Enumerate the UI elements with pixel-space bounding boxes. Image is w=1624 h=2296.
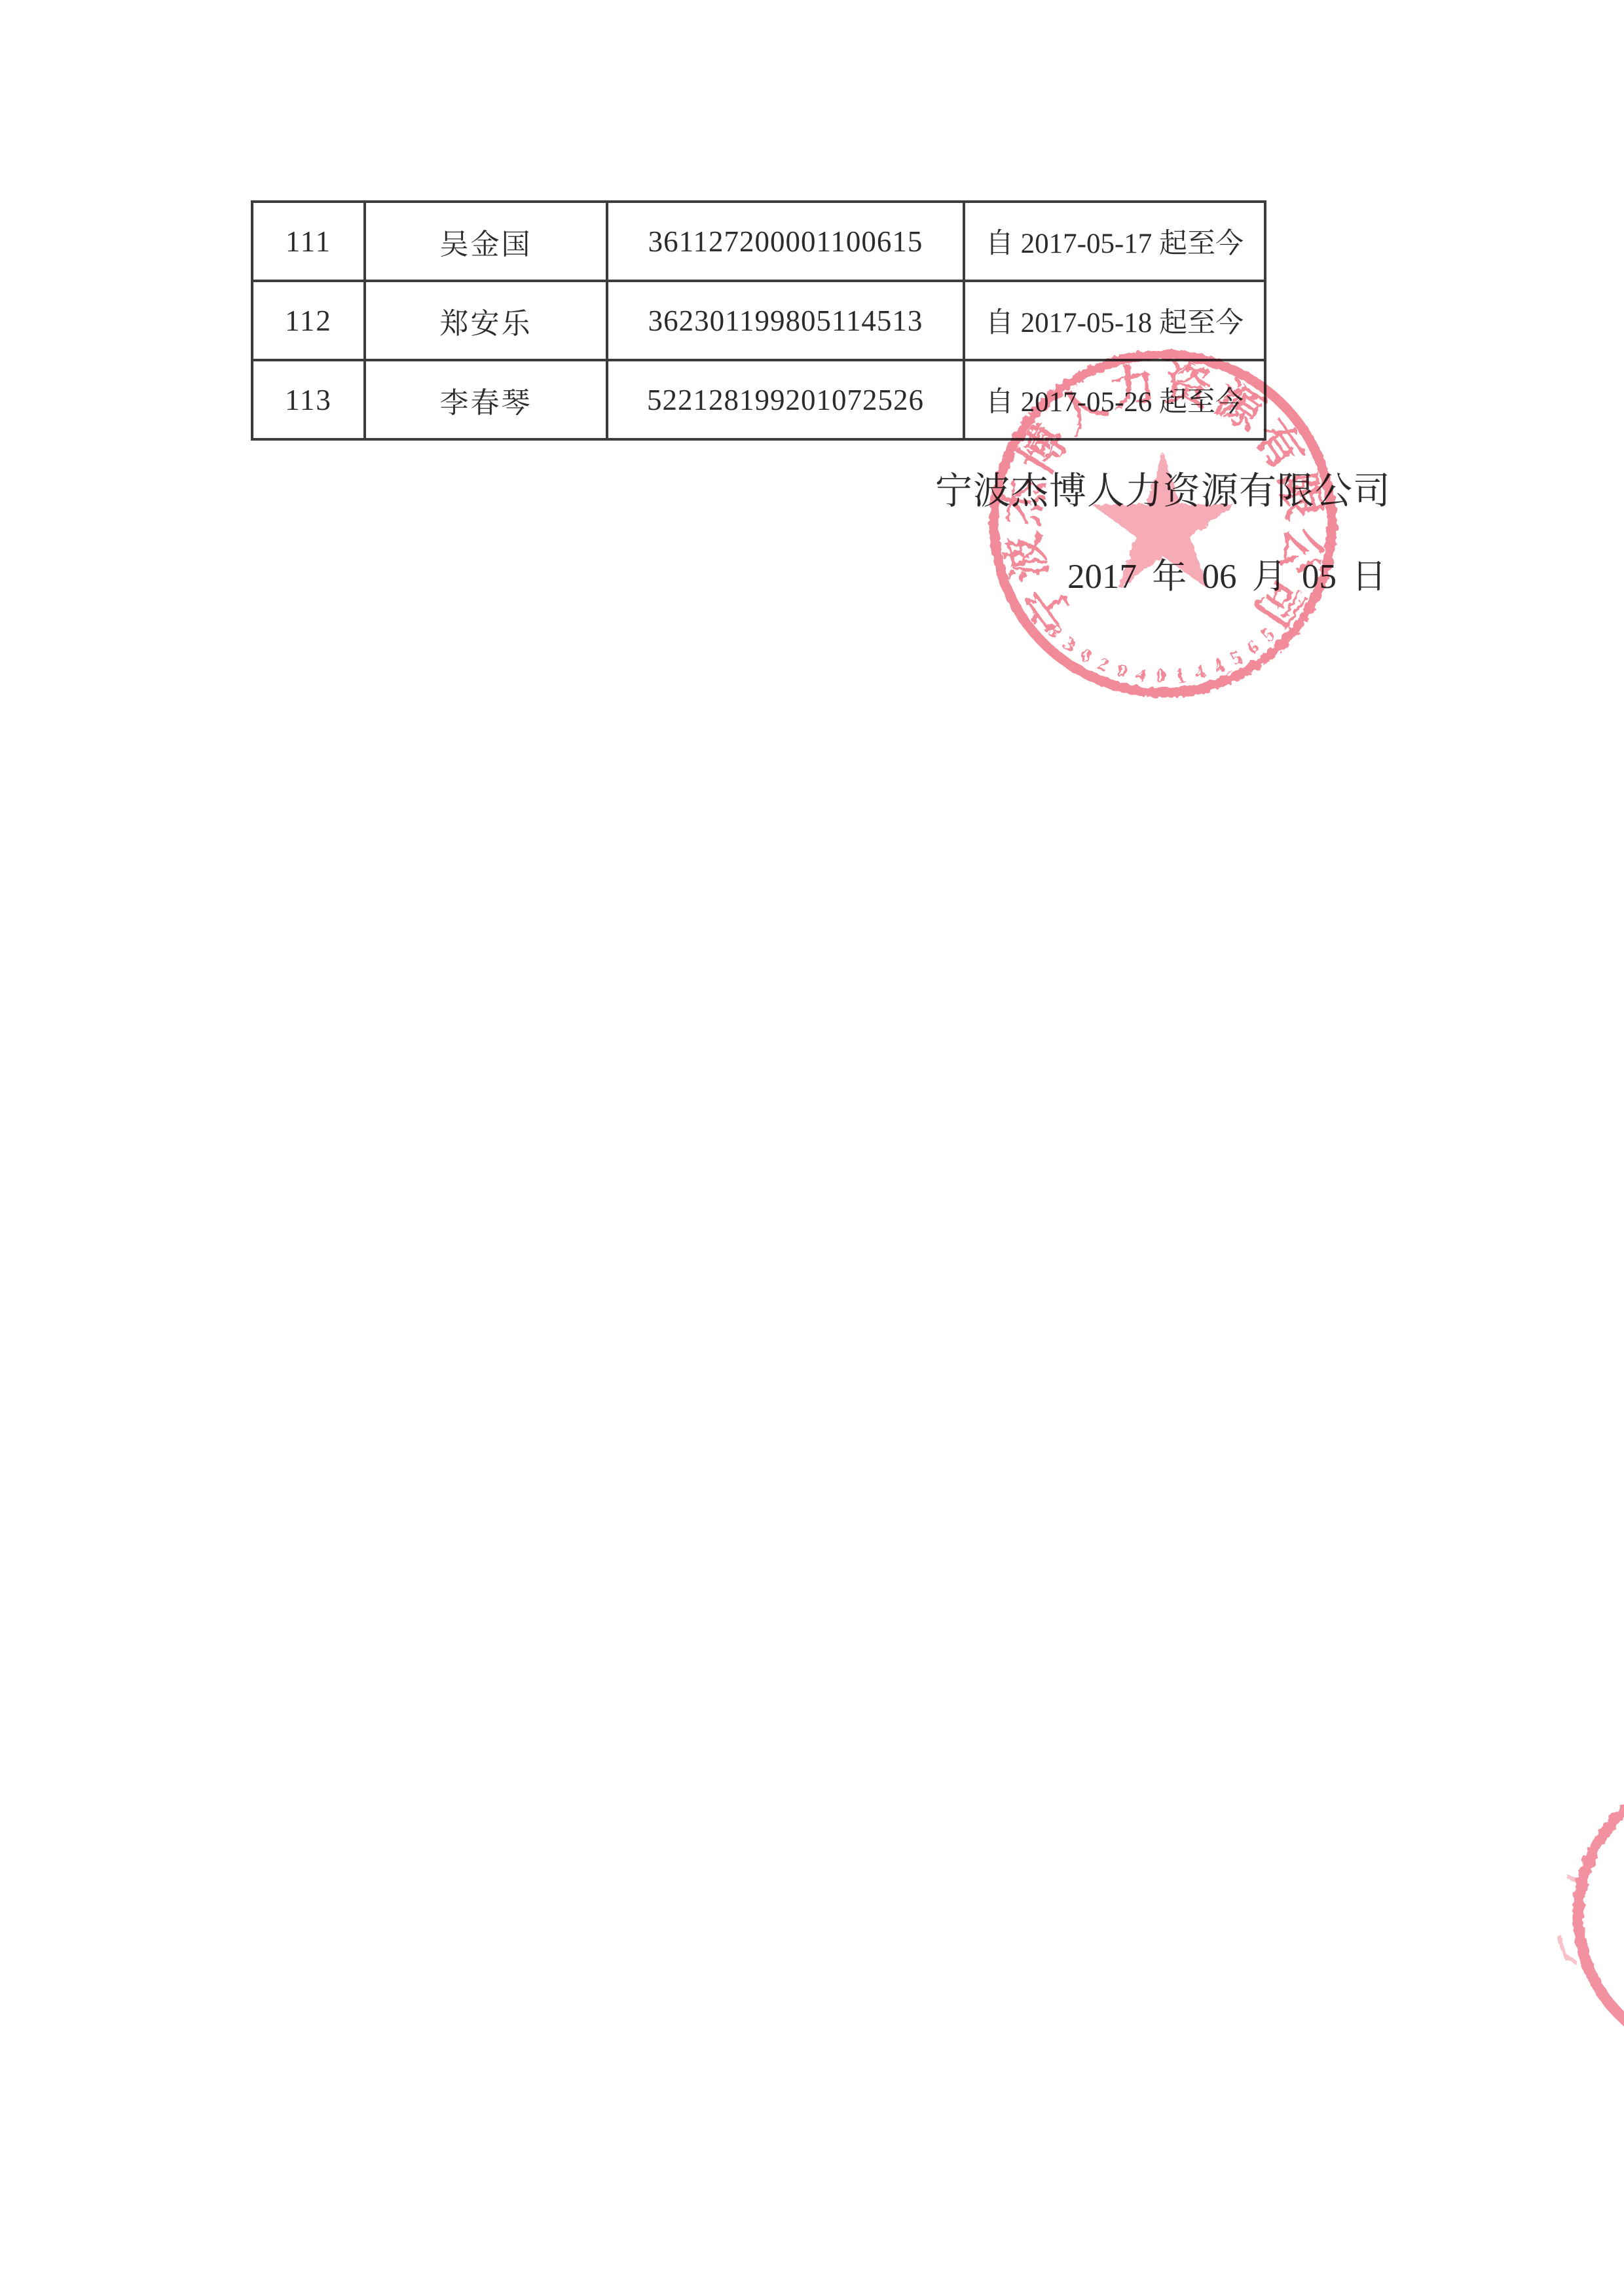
partial-seal-edge [1526,1755,1624,2043]
cell-id-number: 361127200001100615 [607,202,964,281]
cell-employee-name: 李春琴 [365,360,607,439]
partial-seal-ring [1578,1774,1624,2043]
cell-employee-name: 吴金国 [365,202,607,281]
cell-row-number: 111 [252,202,365,281]
cell-row-number: 112 [252,281,365,360]
star-icon [1092,452,1235,589]
cell-id-number: 362301199805114513 [607,281,964,360]
table-row: 111 吴金国 361127200001100615 自 2017-05-17 … [252,202,1265,281]
cell-employment-period: 自 2017-05-17 起至今 [964,202,1265,281]
cell-id-number: 522128199201072526 [607,360,964,439]
cell-row-number: 113 [252,360,365,439]
cell-employee-name: 郑安乐 [365,281,607,360]
document-page: 111 吴金国 361127200001100615 自 2017-05-17 … [0,0,1624,2296]
company-seal-stamp: 宁波杰博人力资源有限公司 3302040144565 [980,340,1346,707]
